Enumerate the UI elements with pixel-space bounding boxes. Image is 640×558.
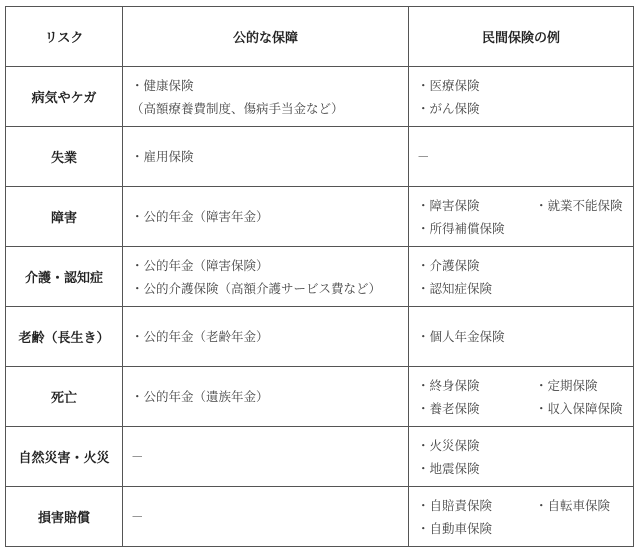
private-insurance-cell: ・個人年金保険 <box>409 307 634 367</box>
none-dash: － <box>131 445 408 468</box>
risk-cell: 障害 <box>6 187 123 247</box>
table-row: 障害 ・公的年金（障害年金） ・障害保険 ・就業不能保険 ・所得補償保険 <box>6 187 634 247</box>
private-insurance-cell: ・医療保険 ・がん保険 <box>409 67 634 127</box>
private-item-grid: ・障害保険 ・就業不能保険 ・所得補償保険 <box>417 194 633 240</box>
private-insurance-cell: ・介護保険 ・認知症保険 <box>409 247 634 307</box>
none-dash: － <box>131 505 408 528</box>
private-item: ・自動車保険 <box>417 517 535 540</box>
public-item: ・公的介護保険（高額介護サービス費など） <box>131 277 408 300</box>
private-item: ・収入保障保険 <box>535 397 635 420</box>
table-row: 失業 ・雇用保険 － <box>6 127 634 187</box>
private-item: ・医療保険 <box>417 74 633 97</box>
risk-cell: 老齢（長生き） <box>6 307 123 367</box>
table-row: 損害賠償 － ・自賠責保険 ・自転車保険 ・自動車保険 <box>6 487 634 547</box>
table-row: 自然災害・火災 － ・火災保険 ・地震保険 <box>6 427 634 487</box>
public-item: ・公的年金（遺族年金） <box>131 385 408 408</box>
public-item: ・公的年金（老齢年金） <box>131 325 408 348</box>
public-item: （高額療養費制度、傷病手当金など） <box>131 97 408 120</box>
public-coverage-cell: ・公的年金（老齢年金） <box>123 307 409 367</box>
private-item: ・地震保険 <box>417 457 633 480</box>
header-risk: リスク <box>6 7 123 67</box>
header-public-coverage: 公的な保障 <box>123 7 409 67</box>
private-insurance-cell: ・火災保険 ・地震保険 <box>409 427 634 487</box>
header-private-insurance: 民間保険の例 <box>409 7 634 67</box>
table-row: 死亡 ・公的年金（遺族年金） ・終身保険 ・定期保険 ・養老保険 ・収入保障保険 <box>6 367 634 427</box>
public-item: ・公的年金（障害年金） <box>131 205 408 228</box>
public-coverage-cell: ・雇用保険 <box>123 127 409 187</box>
risk-cell: 自然災害・火災 <box>6 427 123 487</box>
public-item: ・公的年金（障害保険） <box>131 254 408 277</box>
private-insurance-cell: ・終身保険 ・定期保険 ・養老保険 ・収入保障保険 <box>409 367 634 427</box>
private-insurance-cell: ・自賠責保険 ・自転車保険 ・自動車保険 <box>409 487 634 547</box>
public-coverage-cell: ・健康保険 （高額療養費制度、傷病手当金など） <box>123 67 409 127</box>
table-row: 病気やケガ ・健康保険 （高額療養費制度、傷病手当金など） ・医療保険 ・がん保… <box>6 67 634 127</box>
public-coverage-cell: ・公的年金（遺族年金） <box>123 367 409 427</box>
none-dash: － <box>417 145 633 168</box>
private-item: ・個人年金保険 <box>417 325 633 348</box>
public-item: ・雇用保険 <box>131 145 408 168</box>
table-row: 老齢（長生き） ・公的年金（老齢年金） ・個人年金保険 <box>6 307 634 367</box>
insurance-risk-table: リスク 公的な保障 民間保険の例 病気やケガ ・健康保険 （高額療養費制度、傷病… <box>5 6 634 547</box>
private-item: ・介護保険 <box>417 254 633 277</box>
public-coverage-cell: ・公的年金（障害年金） <box>123 187 409 247</box>
private-item: ・就業不能保険 <box>535 194 635 217</box>
risk-cell: 失業 <box>6 127 123 187</box>
private-item: ・がん保険 <box>417 97 633 120</box>
public-item: ・健康保険 <box>131 74 408 97</box>
private-insurance-cell: － <box>409 127 634 187</box>
private-item: ・自転車保険 <box>535 494 635 517</box>
risk-cell: 介護・認知症 <box>6 247 123 307</box>
private-item: ・認知症保険 <box>417 277 633 300</box>
private-item: ・障害保険 <box>417 194 535 217</box>
table-row: 介護・認知症 ・公的年金（障害保険） ・公的介護保険（高額介護サービス費など） … <box>6 247 634 307</box>
private-item: ・自賠責保険 <box>417 494 535 517</box>
risk-cell: 損害賠償 <box>6 487 123 547</box>
public-coverage-cell: ・公的年金（障害保険） ・公的介護保険（高額介護サービス費など） <box>123 247 409 307</box>
risk-cell: 死亡 <box>6 367 123 427</box>
private-item: ・所得補償保険 <box>417 217 535 240</box>
private-item: ・火災保険 <box>417 434 633 457</box>
private-item: ・養老保険 <box>417 397 535 420</box>
private-item: ・定期保険 <box>535 374 635 397</box>
private-item-grid: ・自賠責保険 ・自転車保険 ・自動車保険 <box>417 494 633 540</box>
private-item: ・終身保険 <box>417 374 535 397</box>
risk-cell: 病気やケガ <box>6 67 123 127</box>
public-coverage-cell: － <box>123 427 409 487</box>
private-item-grid: ・終身保険 ・定期保険 ・養老保険 ・収入保障保険 <box>417 374 633 420</box>
private-insurance-cell: ・障害保険 ・就業不能保険 ・所得補償保険 <box>409 187 634 247</box>
header-row: リスク 公的な保障 民間保険の例 <box>6 7 634 67</box>
public-coverage-cell: － <box>123 487 409 547</box>
